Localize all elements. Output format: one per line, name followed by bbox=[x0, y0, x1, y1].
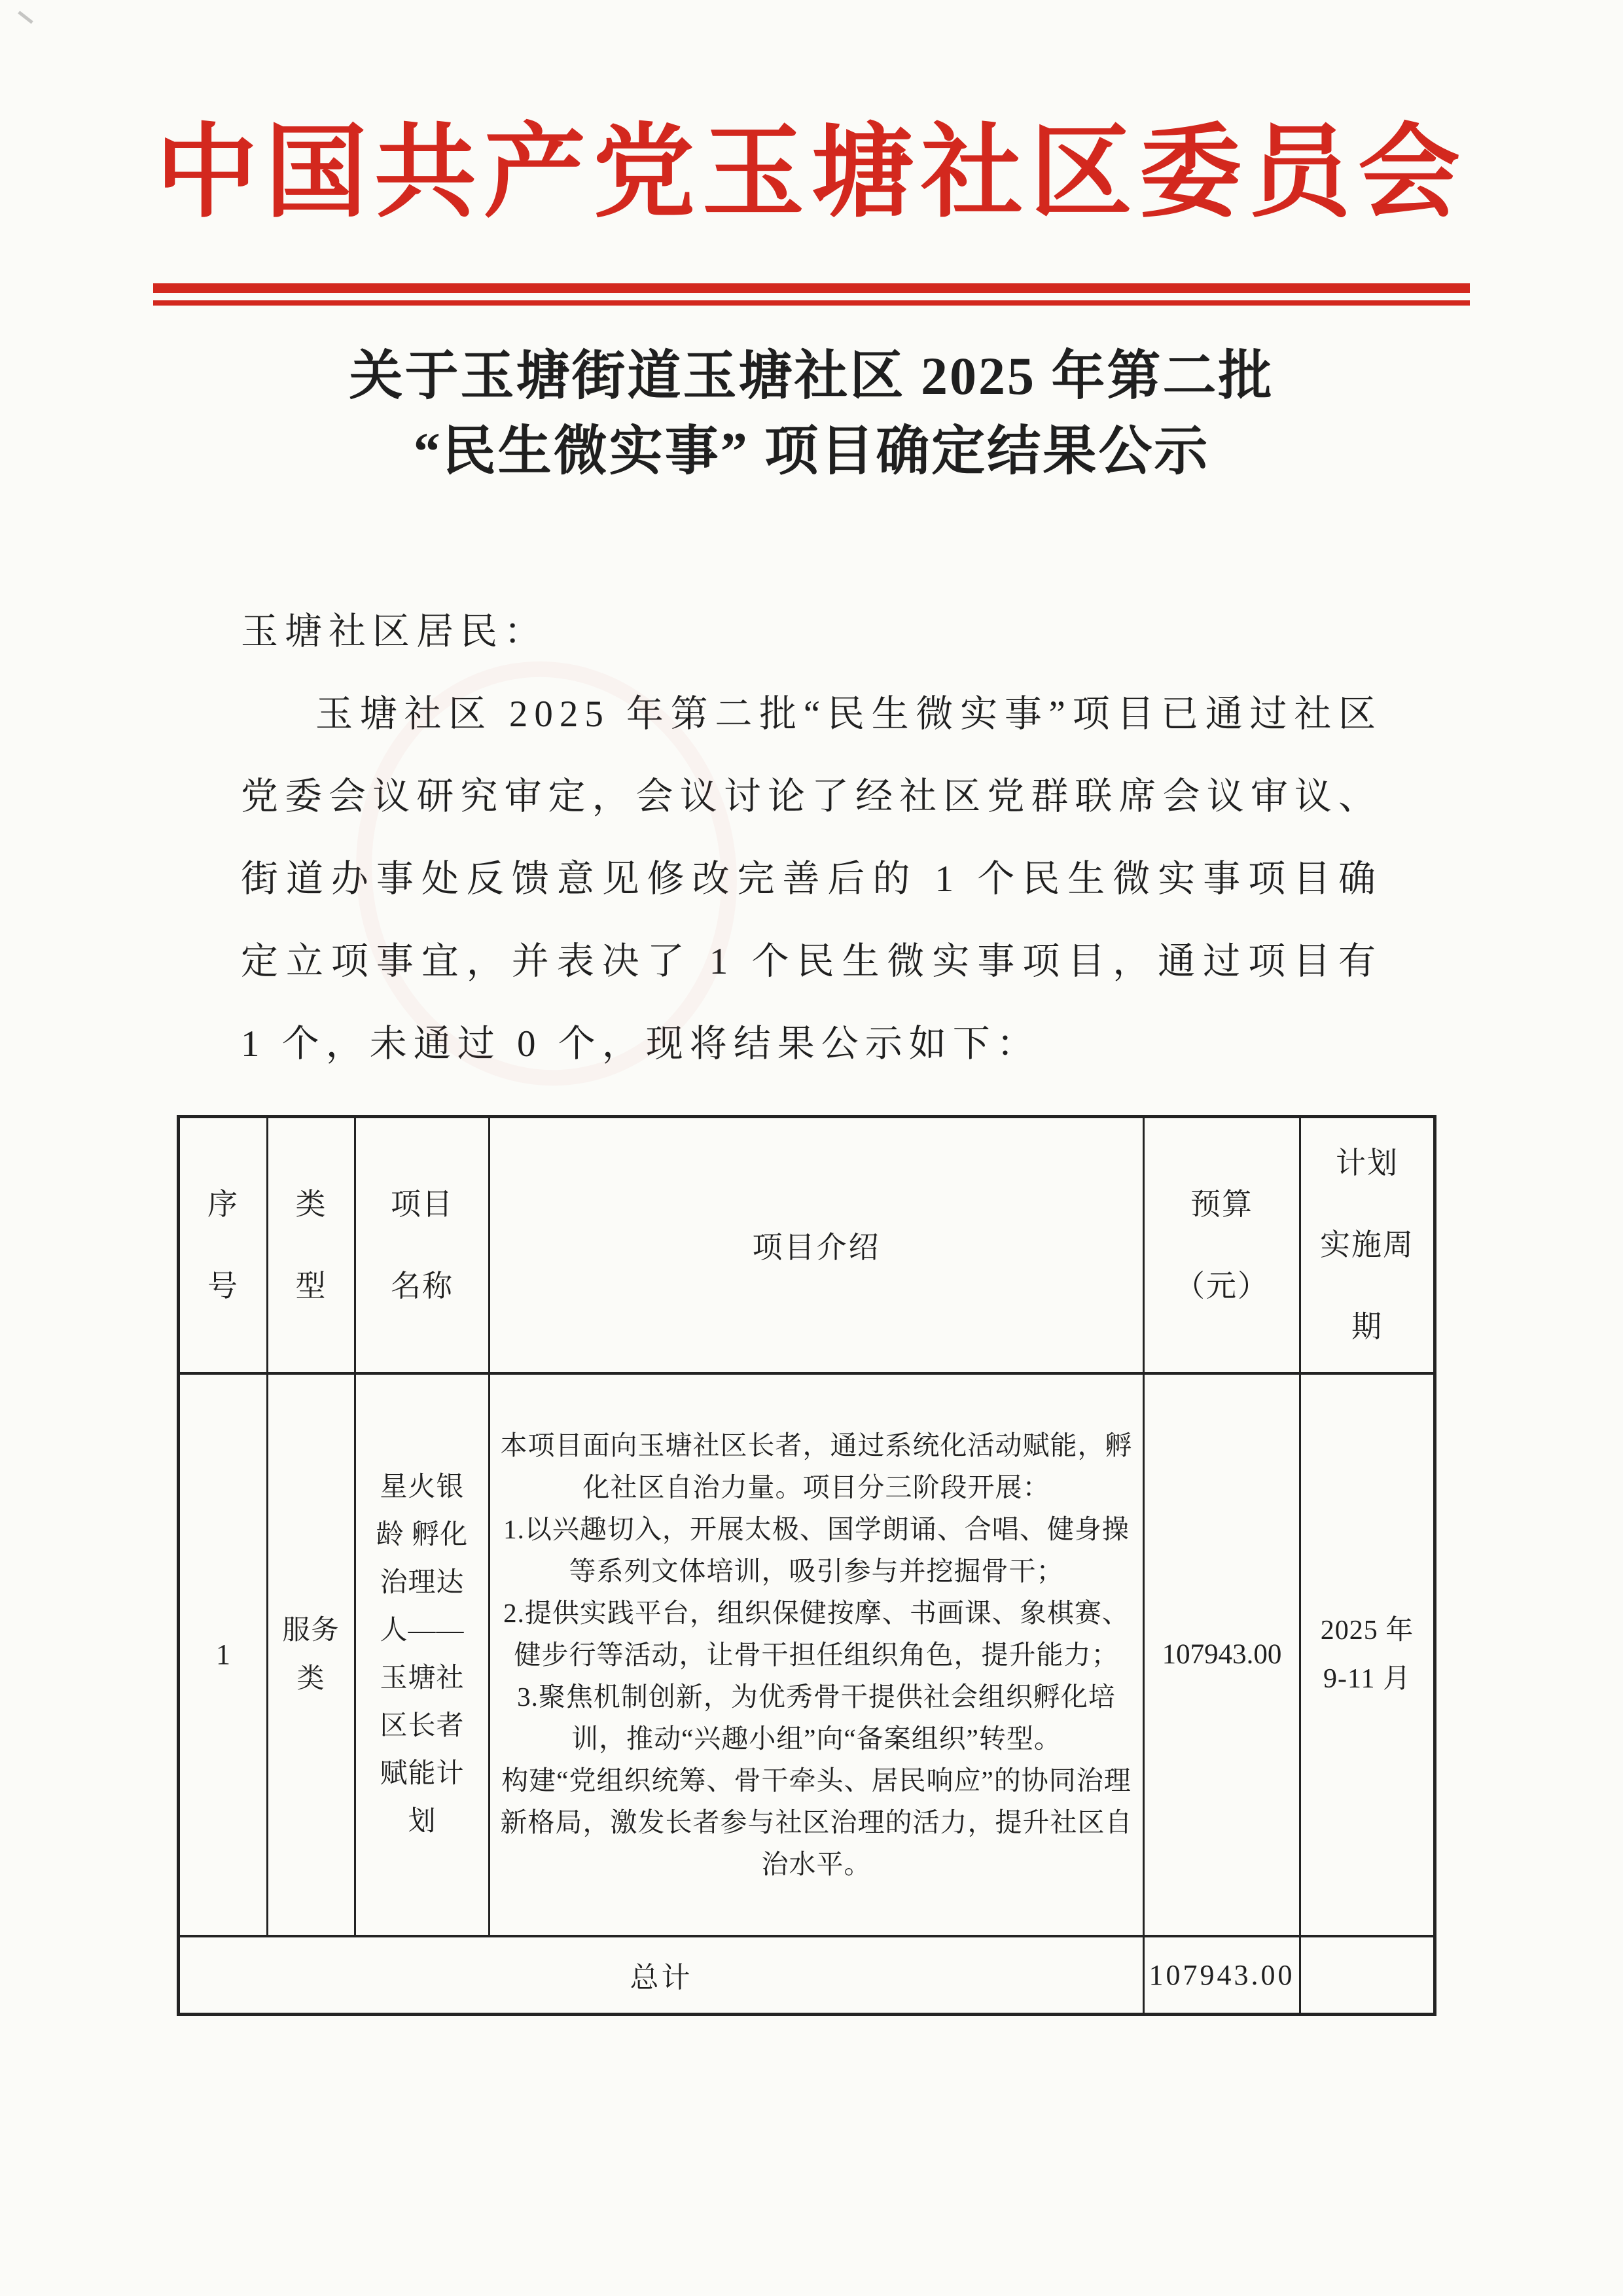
header-type: 类 型 bbox=[268, 1117, 355, 1373]
cell-type: 服务类 bbox=[268, 1373, 355, 1936]
document-title-line-2: “民生微实事” 项目确定结果公示 bbox=[0, 414, 1623, 489]
total-budget-cell: 107943.00 bbox=[1144, 1936, 1300, 2015]
cell-project-name-text: 星火银 龄 孵化 治理达 人—— 玉塘社 区长者 赋能计 划 bbox=[356, 1464, 488, 1846]
header-project-intro: 项目介绍 bbox=[490, 1117, 1144, 1373]
document-title-line-1: 关于玉塘街道玉塘社区 2025 年第二批 bbox=[0, 338, 1623, 414]
cell-seq: 1 bbox=[179, 1373, 268, 1936]
header-project-name-text: 项目 名称 bbox=[356, 1163, 488, 1327]
total-period-cell bbox=[1300, 1936, 1435, 2015]
letterhead-rule-thick bbox=[153, 283, 1470, 293]
header-project-intro-text: 项目介绍 bbox=[490, 1224, 1143, 1267]
table-row-project-1: 1 服务类 星火银 龄 孵化 治理达 人—— 玉塘社 区长者 赋能计 划 本项目… bbox=[179, 1373, 1435, 1936]
letterhead: 中国共产党玉塘社区委员会 bbox=[0, 0, 1623, 306]
table-header-row: 序 号 类 型 项目 名称 项目介绍 预算 （元） 计划 实施周 期 bbox=[179, 1117, 1435, 1373]
header-type-text: 类 型 bbox=[268, 1163, 354, 1327]
cell-period-text: 2025 年 9-11 月 bbox=[1301, 1606, 1433, 1703]
header-seq: 序 号 bbox=[179, 1117, 268, 1373]
cell-type-text: 服务类 bbox=[279, 1606, 344, 1703]
document-body: 玉塘社区居民： 玉塘社区 2025 年第二批“民生微实事”项目已通过社区党委会议… bbox=[241, 591, 1382, 1086]
body-paragraph: 玉塘社区 2025 年第二批“民生微实事”项目已通过社区党委会议研究审定，会议讨… bbox=[241, 673, 1382, 1086]
header-budget-text: 预算 （元） bbox=[1145, 1163, 1299, 1327]
cell-period: 2025 年 9-11 月 bbox=[1300, 1373, 1435, 1936]
total-label-cell: 总计 bbox=[179, 1936, 1144, 2015]
header-period-text: 计划 实施周 期 bbox=[1301, 1122, 1433, 1368]
projects-table: 序 号 类 型 项目 名称 项目介绍 预算 （元） 计划 实施周 期 bbox=[177, 1115, 1436, 2016]
header-seq-text: 序 号 bbox=[180, 1163, 266, 1327]
header-budget: 预算 （元） bbox=[1144, 1117, 1300, 1373]
salutation: 玉塘社区居民： bbox=[241, 591, 1382, 673]
letterhead-rule-thin bbox=[153, 300, 1470, 306]
cell-project-intro: 本项目面向玉塘社区长者，通过系统化活动赋能，孵化社区自治力量。项目分三阶段开展：… bbox=[490, 1373, 1144, 1936]
header-period: 计划 实施周 期 bbox=[1300, 1117, 1435, 1373]
cell-project-name: 星火银 龄 孵化 治理达 人—— 玉塘社 区长者 赋能计 划 bbox=[355, 1373, 490, 1936]
header-project-name: 项目 名称 bbox=[355, 1117, 490, 1373]
document-title: 关于玉塘街道玉塘社区 2025 年第二批 “民生微实事” 项目确定结果公示 bbox=[0, 338, 1623, 489]
letterhead-org-name: 中国共产党玉塘社区委员会 bbox=[0, 0, 1623, 226]
table-total-row: 总计 107943.00 bbox=[179, 1936, 1435, 2015]
cell-budget: 107943.00 bbox=[1144, 1373, 1300, 1936]
cell-project-intro-text: 本项目面向玉塘社区长者，通过系统化活动赋能，孵化社区自治力量。项目分三阶段开展：… bbox=[490, 1424, 1143, 1885]
scanned-document-page: 中国共产党玉塘社区委员会 关于玉塘街道玉塘社区 2025 年第二批 “民生微实事… bbox=[0, 0, 1623, 2296]
